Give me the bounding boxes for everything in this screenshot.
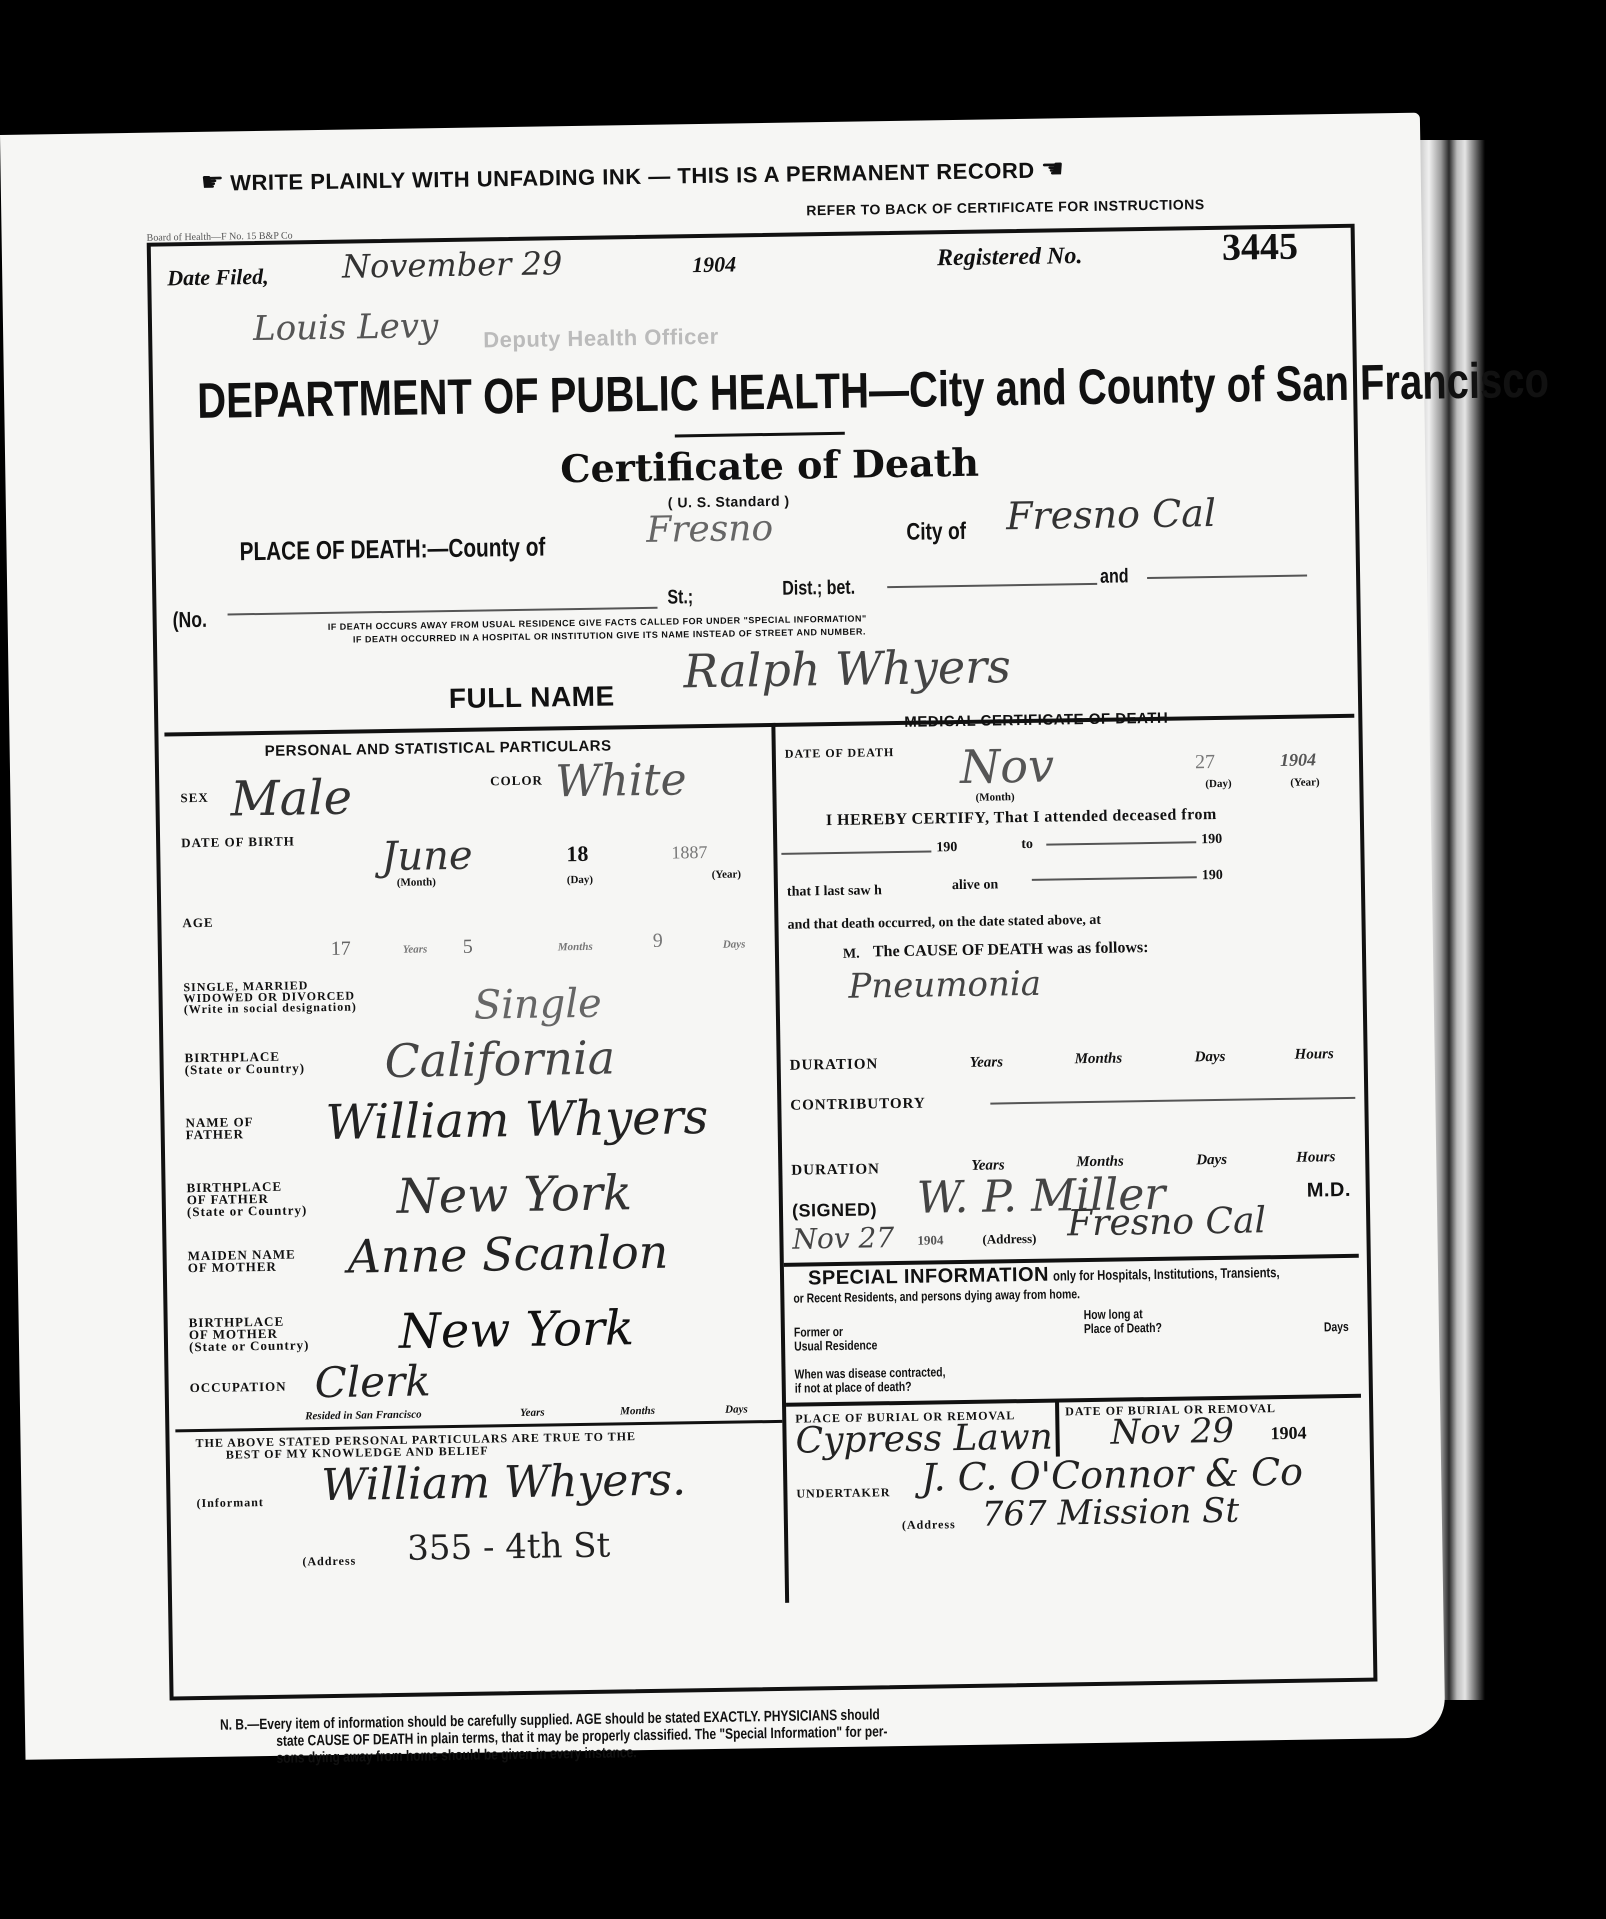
sex-value: Male (230, 770, 352, 828)
district-label: Dist.; bet. (782, 577, 855, 601)
duration-months-2: Months (1076, 1153, 1124, 1171)
father-birthplace-label-3: (State or Country) (187, 1204, 307, 1218)
full-name-label: FULL NAME (449, 680, 615, 715)
dod-day: 27 (1195, 751, 1215, 774)
birthplace-label-2: (State or Country) (185, 1062, 305, 1076)
informant-label: (Informant (196, 1496, 264, 1509)
cause-value: Pneumonia (848, 964, 1041, 1007)
registered-label: Registered No. (937, 243, 1083, 272)
instructions-note: REFER TO BACK OF CERTIFICATE FOR INSTRUC… (806, 196, 1205, 218)
street-label: St.; (667, 586, 693, 609)
dob-month-caption: (Month) (397, 876, 436, 889)
alive-on-text: alive on (952, 877, 999, 894)
contributory-label: CONTRIBUTORY (790, 1096, 926, 1115)
signed-year: 1904 (917, 1232, 943, 1248)
how-long-label-2: Place of Death? (1084, 1321, 1162, 1336)
resided-label: Resided in San Francisco (305, 1409, 422, 1423)
sex-label: SEX (180, 792, 208, 804)
dod-day-caption: (Day) (1205, 778, 1231, 790)
dod-label: DATE OF DEATH (785, 746, 895, 760)
mother-label: MAIDEN NAME OF MOTHER (188, 1248, 297, 1274)
mother-birthplace-label-3: (State or Country) (189, 1339, 309, 1353)
marital-label: SINGLE, MARRIED WIDOWED OR DIVORCED (Wri… (183, 980, 357, 1016)
alive-year-prefix: 190 (1202, 868, 1223, 884)
duration-months-1: Months (1075, 1050, 1123, 1068)
age-months-caption: Months (558, 941, 593, 954)
duration-hours-2: Hours (1296, 1149, 1335, 1167)
from-year-prefix: 190 (936, 840, 957, 856)
duration-days-2: Days (1196, 1152, 1227, 1169)
last-saw-text: that I last saw h (787, 883, 882, 900)
duration-hours-1: Hours (1294, 1046, 1333, 1064)
contracted-label-2: if not at place of death? (795, 1379, 946, 1395)
to-label: to (1021, 837, 1033, 853)
top-notice: ☛ WRITE PLAINLY WITH UNFADING INK — THIS… (201, 153, 1065, 198)
date-filed-value: November 29 (342, 244, 563, 285)
age-months: 5 (463, 936, 473, 959)
registered-number: 3445 (1222, 225, 1299, 270)
place-of-death-label: PLACE OF DEATH:—County of (239, 531, 545, 567)
age-years: 17 (331, 938, 351, 961)
date-filed-label: Date Filed, (167, 264, 269, 292)
contracted-label: When was disease contracted, if not at p… (794, 1365, 945, 1395)
resided-months: Months (620, 1405, 655, 1418)
top-notice-text: WRITE PLAINLY WITH UNFADING INK — THIS I… (230, 158, 1035, 196)
certificate-title: Certificate of Death (560, 440, 979, 492)
physician-address-label: (Address) (982, 1231, 1036, 1248)
officer-title: Deputy Health Officer (483, 324, 719, 354)
duration-label-2: DURATION (791, 1161, 880, 1179)
duration-days-1: Days (1195, 1049, 1226, 1066)
and-label: and (1100, 565, 1129, 588)
birthplace-value: California (384, 1030, 615, 1088)
physician-address: Fresno Cal (1067, 1200, 1266, 1244)
informant-address: 355 - 4th St (407, 1526, 611, 1569)
county-value: Fresno (646, 508, 773, 551)
special-subtitle-1: only for Hospitals, Institutions, Transi… (1053, 1264, 1280, 1284)
signed-date: Nov 27 (792, 1221, 894, 1256)
pointing-hand-icon: ☚ (1040, 153, 1064, 183)
dob-day: 18 (566, 841, 588, 867)
marital-label-3: (Write in social designation) (184, 1002, 357, 1016)
burial-column-divider (1055, 1402, 1060, 1457)
dob-year: 1887 (671, 842, 707, 864)
death-certificate-page: ☛ WRITE PLAINLY WITH UNFADING INK — THIS… (0, 113, 1445, 1760)
how-long-days-label: Days (1324, 1319, 1349, 1334)
signed-label: (SIGNED) (792, 1199, 877, 1221)
former-residence-label-2: Usual Residence (794, 1338, 877, 1353)
dod-year: 1904 (1280, 749, 1316, 771)
age-years-caption: Years (403, 943, 428, 955)
dod-year-caption: (Year) (1290, 776, 1320, 788)
informant-address-label: (Address (302, 1555, 356, 1568)
occupation-value: Clerk (314, 1356, 431, 1407)
undertaker-address-label: (Address (902, 1518, 956, 1531)
dob-day-caption: (Day) (567, 874, 593, 886)
pointing-hand-icon: ☛ (201, 166, 225, 196)
special-title: SPECIAL INFORMATION (808, 1264, 1049, 1290)
duration-years-1: Years (970, 1054, 1004, 1072)
age-days: 9 (653, 930, 663, 953)
dod-month: Nov (960, 739, 1055, 794)
duration-label-1: DURATION (790, 1056, 879, 1074)
resided-days: Days (725, 1403, 748, 1415)
mother-birthplace-value: New York (398, 1300, 634, 1360)
street-no-label: (No. (172, 607, 207, 634)
to-year-prefix: 190 (1201, 832, 1222, 848)
dob-year-caption: (Year) (712, 868, 742, 880)
undertaker-address: 767 Mission St (981, 1491, 1239, 1535)
burial-date-value: Nov 29 (1110, 1411, 1234, 1453)
former-residence-label: Former or Usual Residence (794, 1324, 878, 1353)
date-filed-year: 1904 (692, 251, 736, 278)
mother-label-2: OF MOTHER (188, 1260, 296, 1274)
age-label: AGE (182, 917, 213, 929)
city-label: City of (906, 518, 966, 547)
how-long-label: How long at Place of Death? (1084, 1307, 1162, 1336)
father-label: NAME OF FATHER (185, 1116, 253, 1141)
mother-value: Anne Scanlon (347, 1225, 668, 1284)
dod-month-caption: (Month) (975, 791, 1014, 804)
marital-value: Single (473, 981, 602, 1029)
occupation-label: OCCUPATION (190, 1381, 287, 1395)
mother-birthplace-label: BIRTHPLACE OF MOTHER (State or Country) (189, 1315, 310, 1353)
full-name-value: Ralph Whyers (683, 639, 1011, 698)
color-label: COLOR (490, 775, 543, 788)
father-label-2: FATHER (186, 1128, 254, 1141)
birthplace-label: BIRTHPLACE (State or Country) (184, 1050, 305, 1076)
dob-label: DATE OF BIRTH (181, 835, 295, 849)
officer-signature: Louis Levy (253, 306, 439, 349)
father-value: William Whyers (325, 1089, 708, 1151)
city-value: Fresno Cal (1006, 491, 1217, 538)
md-label: M.D. (1307, 1179, 1352, 1203)
color-value: White (555, 754, 687, 807)
father-birthplace-value: New York (396, 1165, 632, 1225)
age-days-caption: Days (723, 938, 746, 950)
informant-name: William Whyers. (321, 1454, 687, 1511)
father-birthplace-label: BIRTHPLACE OF FATHER (State or Country) (186, 1180, 307, 1218)
burial-year-value: 1904 (1270, 1423, 1306, 1445)
footnote: N. B.—Every item of information should b… (220, 1706, 888, 1767)
undertaker-label: UNDERTAKER (796, 1486, 890, 1499)
dob-month: June (381, 833, 473, 880)
cause-prefix: M. (843, 947, 860, 963)
resided-years: Years (520, 1407, 545, 1419)
